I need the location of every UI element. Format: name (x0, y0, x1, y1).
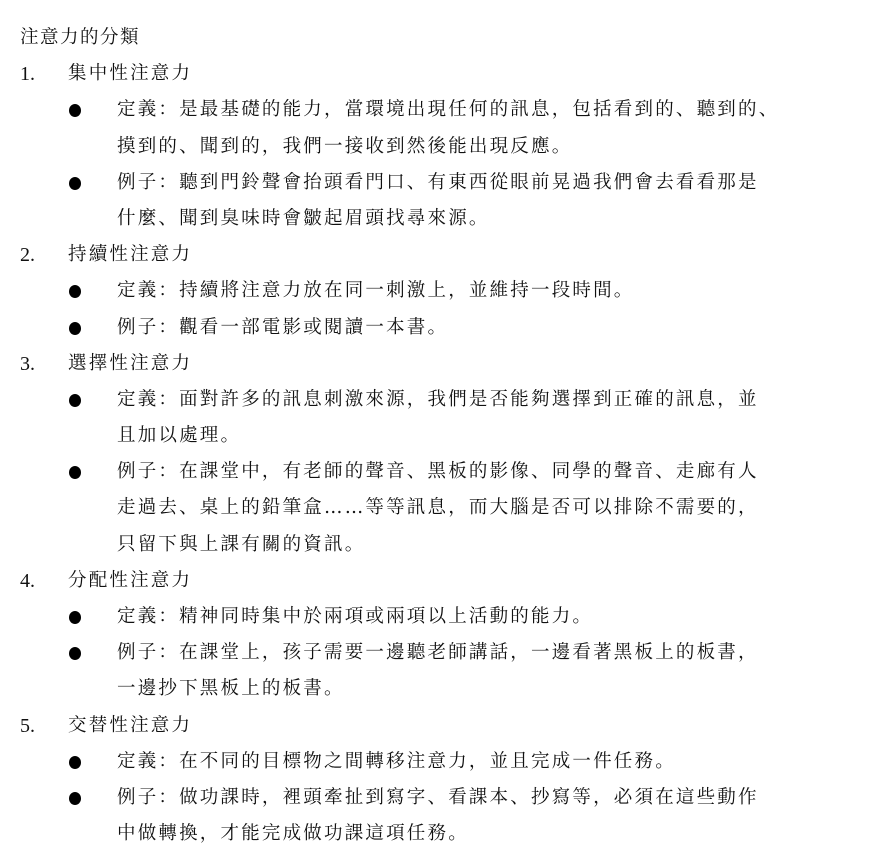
definition-text-continued: 摸到的、聞到的，我們一接收到然後能出現反應。 (20, 129, 860, 165)
definition-item: 定義：精神同時集中於兩項或兩項以上活動的能力。 (20, 599, 860, 635)
section-heading: 3. 選擇性注意力 (20, 346, 860, 382)
section-number: 3. (20, 346, 35, 382)
definition-text: 定義：是最基礎的能力，當環境出現任何的訊息，包括看到的、聽到的、 (117, 92, 779, 128)
section-number: 1. (20, 56, 35, 92)
document-title: 注意力的分類 (20, 20, 860, 56)
example-text: 例子：聽到門鈴聲會抬頭看門口、有東西從眼前晃過我們會去看看那是 (117, 165, 759, 201)
example-text-continued: 什麼、聞到臭味時會皺起眉頭找尋來源。 (20, 201, 860, 237)
bullet-icon (69, 177, 81, 190)
section-title: 集中性注意力 (68, 56, 192, 92)
definition-text: 定義：在不同的目標物之間轉移注意力，並且完成一件任務。 (117, 744, 676, 780)
example-text: 例子：觀看一部電影或閱讀一本書。 (117, 310, 448, 346)
example-item: 例子：觀看一部電影或閱讀一本書。 (20, 310, 860, 346)
example-item: 例子：聽到門鈴聲會抬頭看門口、有東西從眼前晃過我們會去看看那是 (20, 165, 860, 201)
bullet-icon (69, 611, 81, 624)
bullet-icon (69, 647, 81, 660)
section-title: 交替性注意力 (68, 708, 192, 744)
example-text-continued: 一邊抄下黑板上的板書。 (20, 671, 860, 707)
bullet-icon (69, 394, 81, 407)
document-body: 注意力的分類 1. 集中性注意力 定義：是最基礎的能力，當環境出現任何的訊息，包… (20, 20, 860, 852)
section-title: 選擇性注意力 (68, 346, 192, 382)
bullet-icon (69, 792, 81, 805)
section-title: 分配性注意力 (68, 563, 192, 599)
section-selective-attention: 3. 選擇性注意力 定義：面對許多的訊息刺激來源，我們是否能夠選擇到正確的訊息，… (20, 346, 860, 563)
bullet-icon (69, 104, 81, 117)
definition-item: 定義：在不同的目標物之間轉移注意力，並且完成一件任務。 (20, 744, 860, 780)
example-text-continued: 走過去、桌上的鉛筆盒……等等訊息，而大腦是否可以排除不需要的， (20, 490, 860, 526)
example-item: 例子：在課堂上，孩子需要一邊聽老師講話，一邊看著黑板上的板書， (20, 635, 860, 671)
example-text: 例子：在課堂上，孩子需要一邊聽老師講話，一邊看著黑板上的板書， (117, 635, 759, 671)
section-alternating-attention: 5. 交替性注意力 定義：在不同的目標物之間轉移注意力，並且完成一件任務。 例子… (20, 708, 860, 853)
bullet-icon (69, 285, 81, 298)
definition-text: 定義：持續將注意力放在同一刺激上，並維持一段時間。 (117, 273, 635, 309)
definition-item: 定義：是最基礎的能力，當環境出現任何的訊息，包括看到的、聽到的、 (20, 92, 860, 128)
definition-item: 定義：面對許多的訊息刺激來源，我們是否能夠選擇到正確的訊息，並 (20, 382, 860, 418)
example-text-continued: 只留下與上課有關的資訊。 (20, 527, 860, 563)
section-focused-attention: 1. 集中性注意力 定義：是最基礎的能力，當環境出現任何的訊息，包括看到的、聽到… (20, 56, 860, 237)
bullet-icon (69, 756, 81, 769)
definition-text: 定義：精神同時集中於兩項或兩項以上活動的能力。 (117, 599, 593, 635)
section-number: 4. (20, 563, 35, 599)
definition-item: 定義：持續將注意力放在同一刺激上，並維持一段時間。 (20, 273, 860, 309)
example-item: 例子：在課堂中，有老師的聲音、黑板的影像、同學的聲音、走廊有人 (20, 454, 860, 490)
section-number: 2. (20, 237, 35, 273)
definition-text: 定義：面對許多的訊息刺激來源，我們是否能夠選擇到正確的訊息，並 (117, 382, 759, 418)
bullet-icon (69, 466, 81, 479)
example-text: 例子：做功課時，裡頭牽扯到寫字、看課本、抄寫等，必須在這些動作 (117, 780, 759, 816)
section-heading: 1. 集中性注意力 (20, 56, 860, 92)
section-sustained-attention: 2. 持續性注意力 定義：持續將注意力放在同一刺激上，並維持一段時間。 例子：觀… (20, 237, 860, 346)
section-number: 5. (20, 708, 35, 744)
example-item: 例子：做功課時，裡頭牽扯到寫字、看課本、抄寫等，必須在這些動作 (20, 780, 860, 816)
example-text-continued: 中做轉換，才能完成做功課這項任務。 (20, 816, 860, 852)
bullet-icon (69, 322, 81, 335)
section-heading: 5. 交替性注意力 (20, 708, 860, 744)
definition-text-continued: 且加以處理。 (20, 418, 860, 454)
section-heading: 4. 分配性注意力 (20, 563, 860, 599)
example-text: 例子：在課堂中，有老師的聲音、黑板的影像、同學的聲音、走廊有人 (117, 454, 759, 490)
section-heading: 2. 持續性注意力 (20, 237, 860, 273)
section-divided-attention: 4. 分配性注意力 定義：精神同時集中於兩項或兩項以上活動的能力。 例子：在課堂… (20, 563, 860, 708)
section-title: 持續性注意力 (68, 237, 192, 273)
